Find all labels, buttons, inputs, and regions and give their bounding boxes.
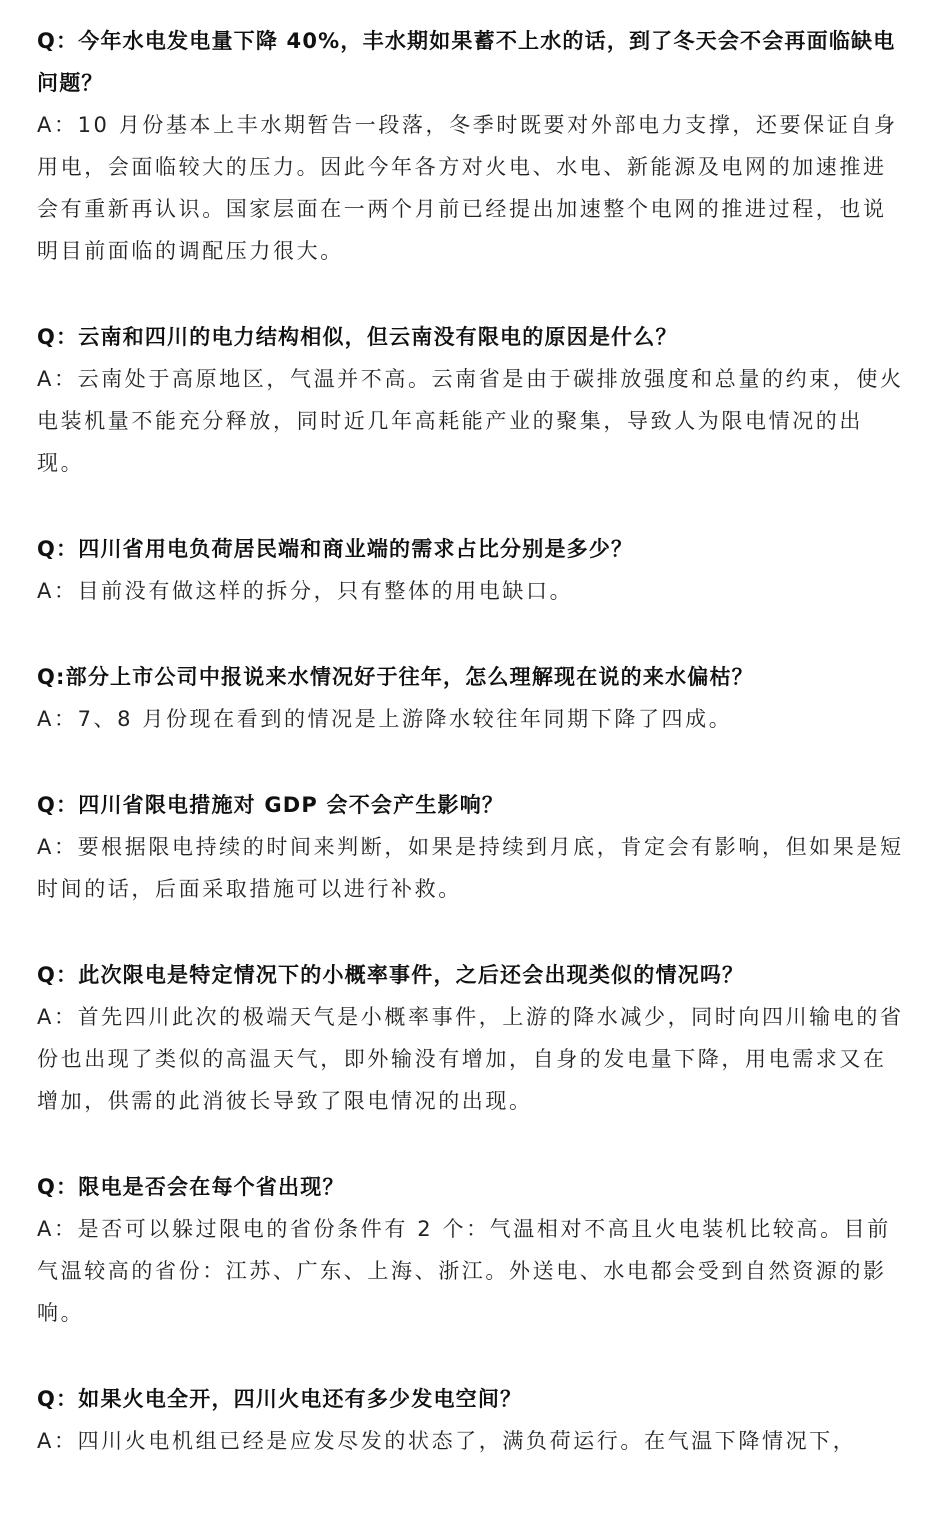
answer-text: A：7、8 月份现在看到的情况是上游降水较往年同期下降了四成。 (37, 698, 907, 740)
qa-block-water-inflow: Q:部分上市公司中报说来水情况好于往年，怎么理解现在说的来水偏枯？ A：7、8 … (37, 656, 907, 740)
answer-text: A：云南处于高原地区，气温并不高。云南省是由于碳排放强度和总量的约束，使火电装机… (37, 358, 907, 484)
qa-block-every-province: Q：限电是否会在每个省出现？ A：是否可以躲过限电的省份条件有 2 个：气温相对… (37, 1166, 907, 1334)
question-text: Q:部分上市公司中报说来水情况好于往年，怎么理解现在说的来水偏枯？ (37, 656, 907, 698)
answer-text: A：10 月份基本上丰水期暂告一段落，冬季时既要对外部电力支撑，还要保证自身用电… (37, 104, 907, 272)
answer-text: A：要根据限电持续的时间来判断，如果是持续到月底，肯定会有影响，但如果是短时间的… (37, 826, 907, 910)
answer-text: A：是否可以躲过限电的省份条件有 2 个：气温相对不高且火电装机比较高。目前气温… (37, 1208, 907, 1334)
question-text: Q：限电是否会在每个省出现？ (37, 1166, 907, 1208)
question-text: Q：云南和四川的电力结构相似，但云南没有限电的原因是什么？ (37, 316, 907, 358)
answer-text: A：目前没有做这样的拆分，只有整体的用电缺口。 (37, 570, 907, 612)
qa-block-thermal-capacity: Q：如果火电全开，四川火电还有多少发电空间？ A：四川火电机组已经是应发尽发的状… (37, 1378, 907, 1462)
qa-block-yunnan-sichuan: Q：云南和四川的电力结构相似，但云南没有限电的原因是什么？ A：云南处于高原地区… (37, 316, 907, 484)
answer-text: A：首先四川此次的极端天气是小概率事件，上游的降水减少，同时向四川输电的省份也出… (37, 996, 907, 1122)
qa-block-load-share: Q：四川省用电负荷居民端和商业端的需求占比分别是多少？ A：目前没有做这样的拆分… (37, 528, 907, 612)
question-text: Q：四川省限电措施对 GDP 会不会产生影响？ (37, 784, 907, 826)
question-text: Q：如果火电全开，四川火电还有多少发电空间？ (37, 1378, 907, 1420)
qa-block-hydro-winter: Q：今年水电发电量下降 40%，丰水期如果蓄不上水的话，到了冬天会不会再面临缺电… (37, 20, 907, 272)
question-text: Q：此次限电是特定情况下的小概率事件，之后还会出现类似的情况吗？ (37, 954, 907, 996)
document-page: Q：今年水电发电量下降 40%，丰水期如果蓄不上水的话，到了冬天会不会再面临缺电… (0, 0, 937, 1462)
qa-block-gdp-impact: Q：四川省限电措施对 GDP 会不会产生影响？ A：要根据限电持续的时间来判断，… (37, 784, 907, 910)
question-text: Q：今年水电发电量下降 40%，丰水期如果蓄不上水的话，到了冬天会不会再面临缺电… (37, 20, 907, 104)
qa-block-recurrence: Q：此次限电是特定情况下的小概率事件，之后还会出现类似的情况吗？ A：首先四川此… (37, 954, 907, 1122)
question-text: Q：四川省用电负荷居民端和商业端的需求占比分别是多少？ (37, 528, 907, 570)
answer-text: A：四川火电机组已经是应发尽发的状态了，满负荷运行。在气温下降情况下， (37, 1420, 907, 1462)
